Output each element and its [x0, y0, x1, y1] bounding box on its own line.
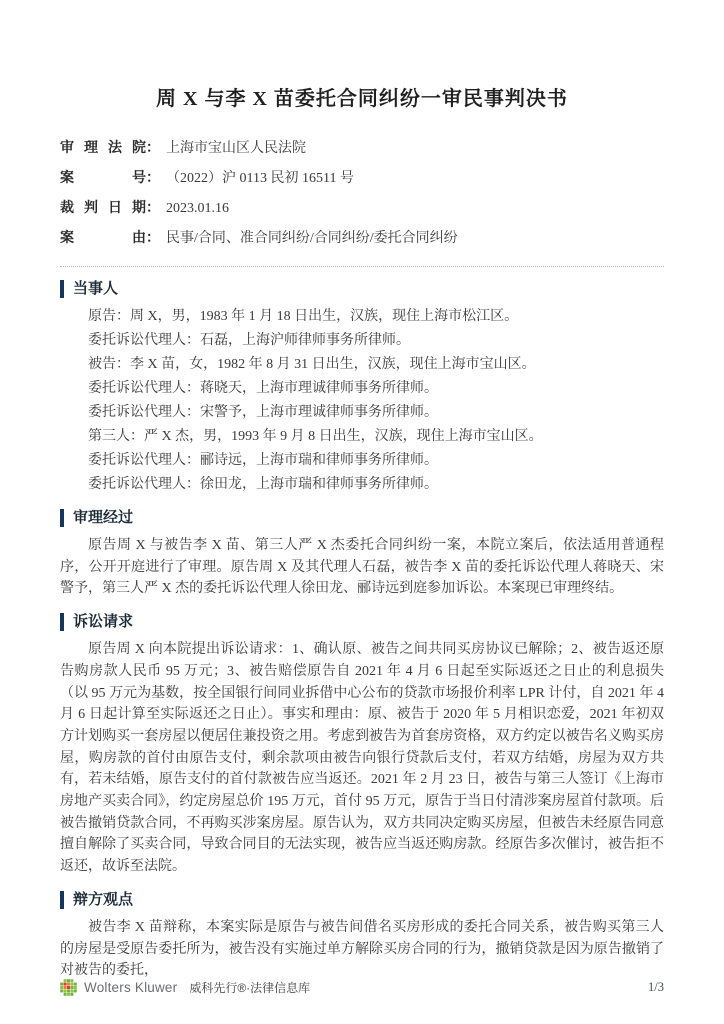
case-meta-block: 审理法院： 上海市宝山区人民法院 案号： （2022）沪 0113 民初 165… — [60, 134, 664, 254]
meta-row-court: 审理法院： 上海市宝山区人民法院 — [60, 134, 664, 164]
meta-label-case-number: 案号 — [60, 164, 146, 194]
meta-label-cause-of-action: 案由 — [60, 224, 146, 254]
section-heading-text: 辩方观点 — [73, 890, 133, 910]
section-heading-text: 当事人 — [73, 279, 118, 299]
meta-value-cause-of-action: 民事/合同、准合同纠纷/合同纠纷/委托合同纠纷 — [166, 224, 458, 254]
meta-value-judgment-date: 2023.01.16 — [166, 194, 229, 224]
meta-value-court: 上海市宝山区人民法院 — [166, 134, 306, 164]
section-trial-process: 审理经过 原告周 X 与被告李 X 苗、第三人严 X 杰委托合同纠纷一案，本院立… — [60, 508, 664, 600]
meta-colon: ： — [146, 194, 160, 224]
heading-accent-bar — [60, 509, 64, 527]
meta-label-court: 审理法院 — [60, 134, 146, 164]
section-heading-trial-process: 审理经过 — [60, 508, 664, 528]
product-name: 威科先行®·法律信息库 — [189, 979, 310, 996]
page-number: 1/3 — [648, 980, 664, 995]
defense-opinion-paragraph: 被告李 X 苗辩称，本案实际是原告与被告间借名买房形成的委托合同关系，被告购买第… — [60, 917, 664, 982]
party-line-defendant-agent-2: 委托诉讼代理人：宋警予，上海市理诚律师事务所律师。 — [60, 402, 664, 424]
heading-accent-bar — [60, 280, 64, 298]
heading-accent-bar — [60, 891, 64, 909]
document-title: 周 X 与李 X 苗委托合同纠纷一审民事判决书 — [60, 86, 664, 112]
party-line-third-party: 第三人：严 X 杰，男，1993 年 9 月 8 日出生，汉族，现住上海市宝山区… — [60, 426, 664, 448]
meta-colon: ： — [146, 224, 160, 254]
section-defense-opinion: 辩方观点 被告李 X 苗辩称，本案实际是原告与被告间借名买房形成的委托合同关系，… — [60, 890, 664, 982]
party-line-defendant: 被告：李 X 苗，女，1982 年 8 月 31 日出生，汉族，现住上海市宝山区… — [60, 354, 664, 376]
claims-paragraph: 原告周 X 向本院提出诉讼请求：1、确认原、被告之间共同买房协议已解除；2、被告… — [60, 639, 664, 878]
dotted-divider — [60, 266, 664, 267]
page-footer: Wolters Kluwer 威科先行®·法律信息库 1/3 — [60, 979, 664, 996]
brand-name: Wolters Kluwer — [84, 980, 177, 995]
section-parties: 当事人 原告：周 X，男，1983 年 1 月 18 日出生，汉族，现住上海市松… — [60, 279, 664, 496]
meta-colon: ： — [146, 164, 160, 194]
meta-value-case-number: （2022）沪 0113 民初 16511 号 — [166, 164, 354, 194]
meta-label-judgment-date: 裁判日期 — [60, 194, 146, 224]
trial-process-paragraph: 原告周 X 与被告李 X 苗、第三人严 X 杰委托合同纠纷一案，本院立案后，依法… — [60, 535, 664, 600]
wolters-kluwer-logo-icon — [60, 979, 77, 996]
heading-accent-bar — [60, 613, 64, 631]
meta-row-cause-of-action: 案由： 民事/合同、准合同纠纷/合同纠纷/委托合同纠纷 — [60, 224, 664, 254]
meta-row-judgment-date: 裁判日期： 2023.01.16 — [60, 194, 664, 224]
meta-row-case-number: 案号： （2022）沪 0113 民初 16511 号 — [60, 164, 664, 194]
party-line-third-party-agent-2: 委托诉讼代理人：徐田龙，上海市瑞和律师事务所律师。 — [60, 474, 664, 496]
section-heading-text: 审理经过 — [73, 508, 133, 528]
judgment-document-page: 周 X 与李 X 苗委托合同纠纷一审民事判决书 审理法院： 上海市宝山区人民法院… — [0, 0, 724, 1024]
section-heading-defense-opinion: 辩方观点 — [60, 890, 664, 910]
section-heading-text: 诉讼请求 — [73, 612, 133, 632]
meta-colon: ： — [146, 134, 160, 164]
party-line-plaintiff-agent: 委托诉讼代理人：石磊，上海沪师律师事务所律师。 — [60, 330, 664, 352]
party-line-third-party-agent-1: 委托诉讼代理人：郦诗远，上海市瑞和律师事务所律师。 — [60, 450, 664, 472]
section-heading-parties: 当事人 — [60, 279, 664, 299]
party-line-plaintiff: 原告：周 X，男，1983 年 1 月 18 日出生，汉族，现住上海市松江区。 — [60, 306, 664, 328]
party-line-defendant-agent-1: 委托诉讼代理人：蒋晓天，上海市理诚律师事务所律师。 — [60, 378, 664, 400]
section-heading-claims: 诉讼请求 — [60, 612, 664, 632]
section-claims: 诉讼请求 原告周 X 向本院提出诉讼请求：1、确认原、被告之间共同买房协议已解除… — [60, 612, 664, 878]
